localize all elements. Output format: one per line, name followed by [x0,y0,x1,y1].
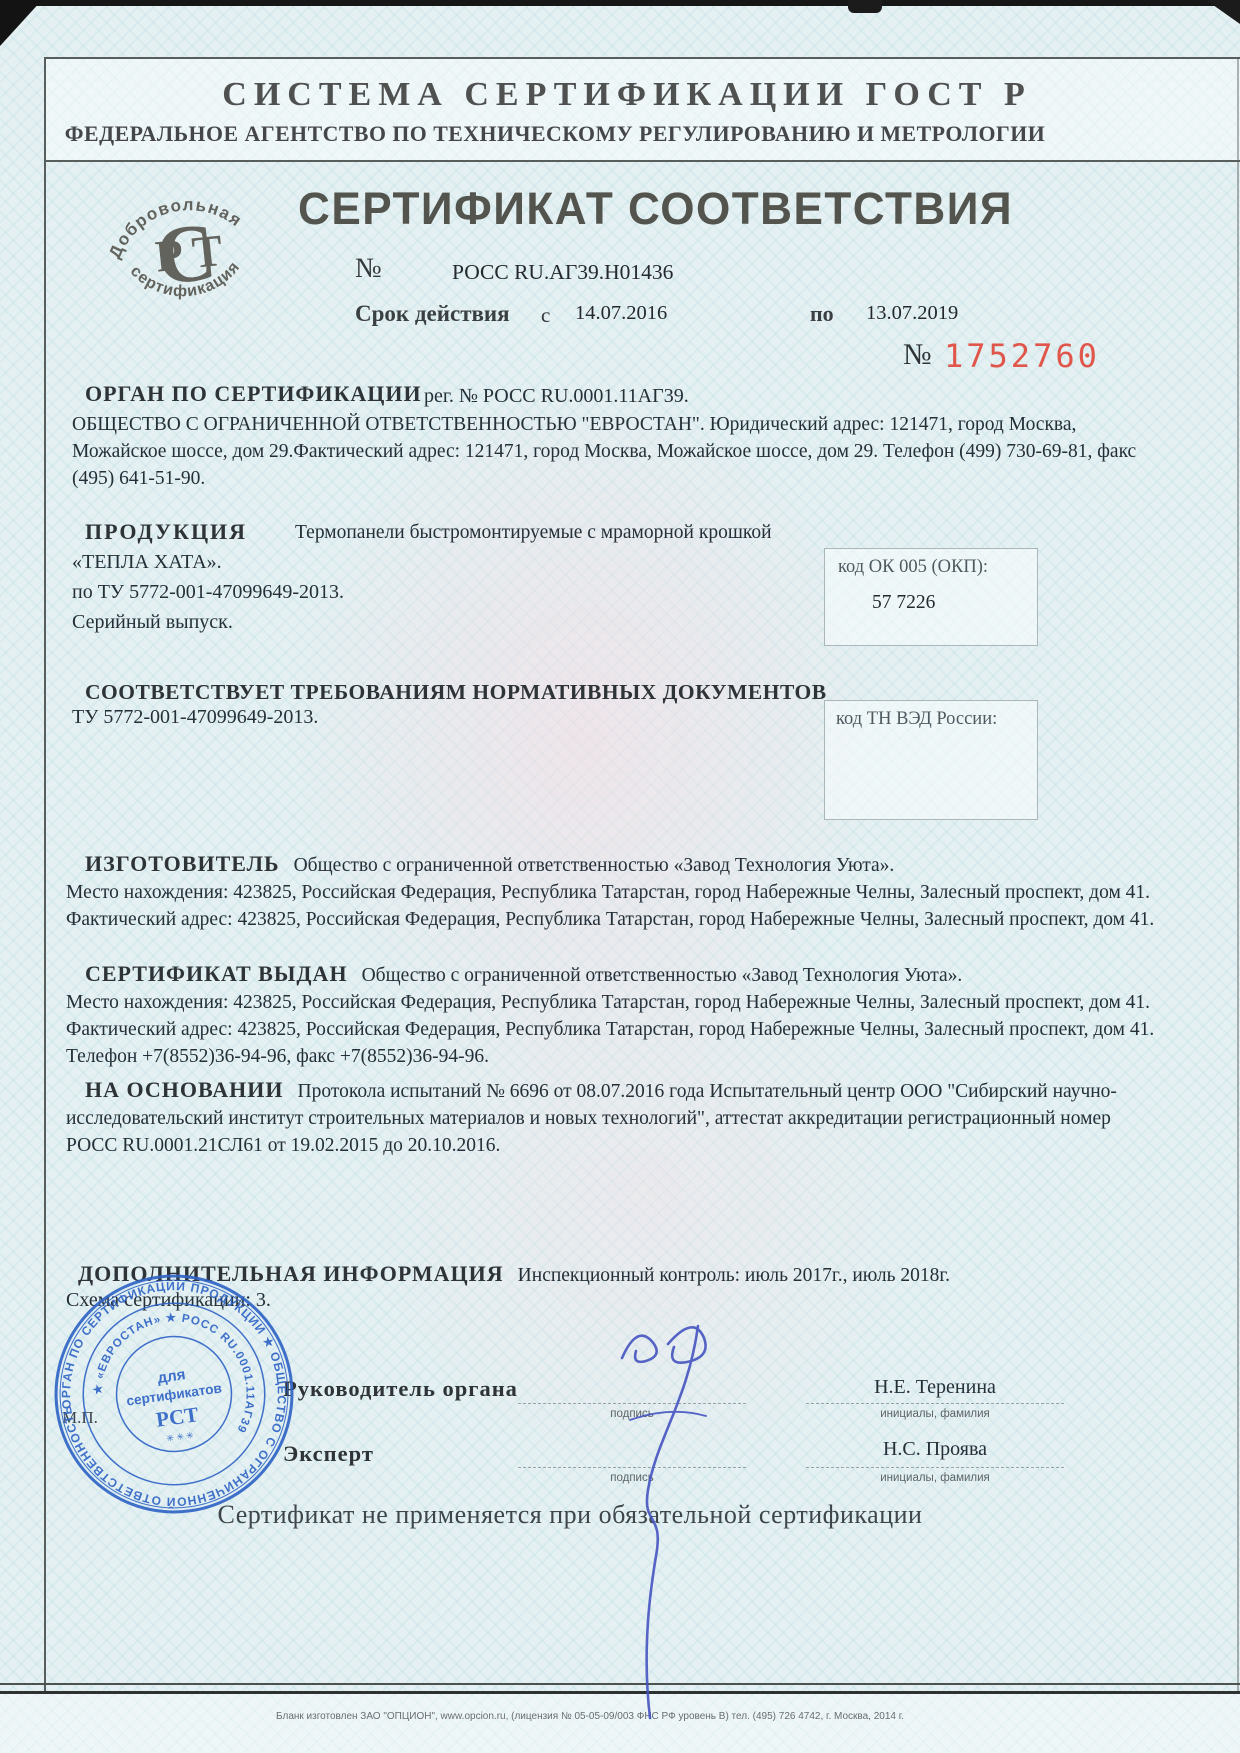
frame-left-line [44,57,46,1691]
product-heading: ПРОДУКЦИЯ [85,519,247,545]
manufacturer-heading: ИЗГОТОВИТЕЛЬ [85,851,294,876]
additional-inspection: Инспекционный контроль: июль 2017г., июл… [518,1265,950,1286]
head-of-body-label: Руководитель органа [283,1376,518,1402]
scan-corner-right [1206,0,1240,24]
stamp-center-rst: РСТ [154,1402,200,1432]
validity-from-date: 14.07.2016 [575,302,667,325]
handwritten-signature-ink [560,1300,820,1720]
expert-name: Н.С. Проява [806,1438,1064,1461]
basis-heading: НА ОСНОВАНИИ [66,1077,298,1102]
conforms-heading: СООТВЕТСТВУЕТ ТРЕБОВАНИЯМ НОРМАТИВНЫХ ДО… [85,680,827,705]
head-name-caption: инициалы, фамилия [806,1408,1064,1420]
validity-to-label: по [810,301,834,327]
cert-number-value: РОСС RU.АГ39.Н01436 [452,260,673,285]
logo-glyph-p: Р [153,229,186,282]
expert-name-caption: инициалы, фамилия [806,1472,1064,1484]
organ-heading: ОРГАН ПО СЕРТИФИКАЦИИ [85,381,422,407]
conforms-body: ТУ 5772-001-47099649-2013. [72,706,318,729]
basis-row: НА ОСНОВАНИИПротокола испытаний № 6696 о… [66,1076,1161,1159]
system-title: СИСТЕМА СЕРТИФИКАЦИИ ГОСТ Р [44,76,1210,114]
validity-from-label: с [541,303,550,328]
product-name: Термопанели быстромонтируемые с мраморно… [295,522,772,544]
rst-voluntary-certification-logo: Добровольная сертификация С Р Т [98,172,274,338]
okp-code-label: код ОК 005 (ОКП): [838,557,988,578]
certificate-page: СИСТЕМА СЕРТИФИКАЦИИ ГОСТ Р ФЕДЕРАЛЬНОЕ … [0,0,1240,1753]
manufacturer-body: Место нахождения: 423825, Российская Фед… [66,879,1182,933]
manufacturer-lead-row: ИЗГОТОВИТЕЛЬОбщество с ограниченной отве… [85,850,1145,879]
scan-edge-top [0,0,1240,6]
issued-heading: СЕРТИФИКАТ ВЫДАН [85,961,362,986]
scan-notch [848,0,882,13]
blank-number-label: № [903,338,932,372]
product-tu: по ТУ 5772-001-47099649-2013. [72,581,344,604]
frame-right-line [1237,57,1239,1691]
expert-name-line [806,1467,1064,1468]
product-serial: Серийный выпуск. [72,611,233,634]
header-divider [44,160,1240,162]
product-brand: «ТЕПЛА ХАТА». [72,551,222,574]
validity-label: Срок действия [355,301,510,327]
stamp-center-line1: для [156,1366,186,1387]
cert-number-label: № [355,253,382,285]
okp-code-value: 57 7226 [872,592,935,614]
document-title: СЕРТИФИКАТ СООТВЕТСТВИЯ [298,183,1013,235]
organ-body: ОБЩЕСТВО С ОГРАНИЧЕННОЙ ОТВЕТСТВЕННОСТЬЮ… [72,411,1142,492]
agency-title: ФЕДЕРАЛЬНОЕ АГЕНТСТВО ПО ТЕХНИЧЕСКОМУ РЕ… [17,121,1094,147]
blank-number: 1752760 [944,337,1100,375]
issued-lead: Общество с ограниченной ответственностью… [362,965,963,986]
issued-body: Место нахождения: 423825, Российская Фед… [66,989,1176,1070]
scan-corner-left [0,0,42,46]
issued-lead-row: СЕРТИФИКАТ ВЫДАНОбщество с ограниченной … [85,960,1145,989]
organ-reg-number: рег. № РОСС RU.0001.11АГ39. [424,385,689,408]
frame-top-line [44,57,1240,59]
tnved-code-label: код ТН ВЭД России: [836,709,997,730]
manufacturer-lead: Общество с ограниченной ответственностью… [294,855,895,876]
stamp-center-stars: ✳ ✳ ✳ [166,1430,195,1444]
certification-body-stamp: ОРГАН ПО СЕРТИФИКАЦИИ ПРОДУКЦИИ ★ ОБЩЕСТ… [48,1268,300,1520]
validity-to-date: 13.07.2019 [866,302,958,325]
head-name-line [806,1403,1064,1404]
logo-glyph-t: Т [190,225,225,278]
head-name: Н.Е. Теренина [806,1376,1064,1399]
